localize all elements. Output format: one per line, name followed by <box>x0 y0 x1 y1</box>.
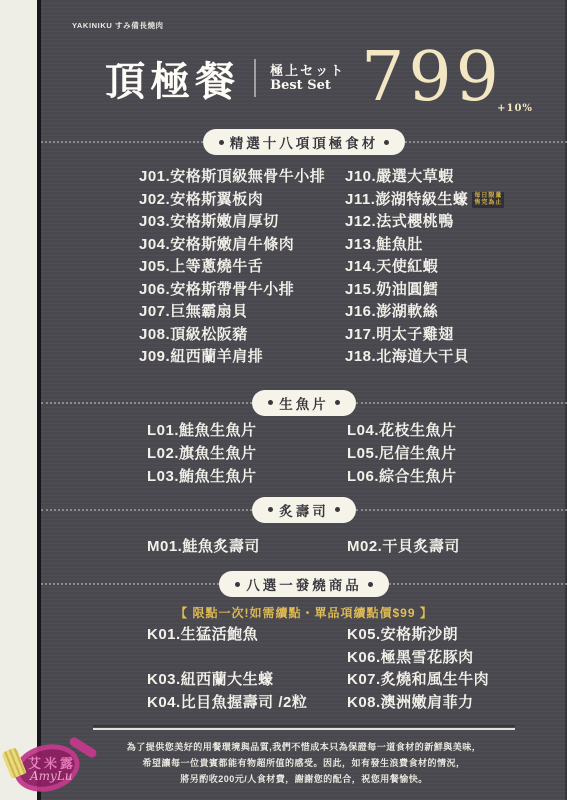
section-header-sushi: 炙壽司 <box>41 498 567 522</box>
sushi-item-list: M01.鮭魚炙壽司 M02.干貝炙壽司 <box>41 536 567 559</box>
badge-line2: 售完為止 <box>474 200 502 207</box>
menu-item: J08.頂級松阪豬 <box>139 324 345 347</box>
menu-item: K08.澳洲嫩肩菲力 <box>347 692 567 715</box>
footer-notice: 為了提供您美好的用餐環境與品質,我們不惜成本只為保證每一道食材的新鮮與美味， 希… <box>41 739 567 787</box>
pill-dot-icon <box>268 400 273 405</box>
daily-limit-badge: 每日限量售完為止 <box>472 192 504 208</box>
menu-item: K07.炙燒和風生牛肉 <box>347 669 567 692</box>
dotted-rule <box>356 402 567 404</box>
menu-item: L02.旗魚生魚片 <box>147 442 347 465</box>
section-header-premium: 精選十八項頂極食材 <box>41 130 567 154</box>
pill-dot-icon <box>268 507 273 512</box>
footer-separator <box>93 728 515 730</box>
menu-item: L04.花枝生魚片 <box>347 419 567 442</box>
menu-card: YAKINIKU すみ備長燒肉 頂極餐 極上セット Best Set 799 +… <box>37 0 567 800</box>
menu-item: J10.嚴選大草蝦 <box>345 166 567 189</box>
pill-dot-icon <box>368 582 373 587</box>
section-pill: 生魚片 <box>252 390 356 416</box>
set-subtitle-jp: 極上セット <box>270 63 345 78</box>
footer-line: 為了提供您美好的用餐環境與品質,我們不惜成本只為保證每一道食材的新鮮與美味， <box>41 739 567 755</box>
menu-item: J12.法式櫻桃鴨 <box>345 211 567 234</box>
menu-item: K06.極黑雪花豚肉 <box>347 647 567 670</box>
menu-item: J16.澎湖軟絲 <box>345 301 567 324</box>
menu-item: M01.鮭魚炙壽司 <box>147 536 347 559</box>
menu-item: J09.紐西蘭羊肩排 <box>139 346 345 369</box>
pill-dot-icon <box>219 140 224 145</box>
menu-page: YAKINIKU すみ備長燒肉 頂極餐 極上セット Best Set 799 +… <box>0 0 567 800</box>
menu-item: M02.干貝炙壽司 <box>347 536 567 559</box>
set-title-block: 頂極餐 極上セット Best Set 799 +10% <box>41 42 567 114</box>
menu-item: J17.明太子雞翅 <box>345 324 567 347</box>
spatula-icon <box>1 747 26 779</box>
hot-left-column: K01.生猛活鮑魚 K03.紐西蘭大生蠔 K04.比目魚握壽司 /2粒 <box>147 624 347 714</box>
badge-line1: 每日限量 <box>474 193 502 200</box>
menu-item: K04.比目魚握壽司 /2粒 <box>147 692 347 715</box>
pill-dot-icon <box>235 582 240 587</box>
watermark-text-en: AmyLu <box>30 769 73 783</box>
set-price-block: 799 +10% <box>361 46 503 110</box>
menu-item: J15.奶油圓鱈 <box>345 279 567 302</box>
menu-item: J05.上等蔥燒牛舌 <box>139 256 345 279</box>
menu-item-label: J11.澎湖特級生蠔 <box>345 191 468 208</box>
menu-item: J11.澎湖特級生蠔每日限量售完為止 <box>345 189 567 212</box>
section-pill: 炙壽司 <box>252 497 356 523</box>
premium-left-column: J01.安格斯頂級無骨牛小排 J02.安格斯翼板肉 J03.安格斯嫩肩厚切 J0… <box>139 166 345 369</box>
pill-dot-icon <box>335 400 340 405</box>
menu-item: J14.天使紅蝦 <box>345 256 567 279</box>
menu-item: L06.綜合生魚片 <box>347 465 567 488</box>
section-heading: 精選十八項頂極食材 <box>230 132 379 152</box>
menu-item: J03.安格斯嫩肩厚切 <box>139 211 345 234</box>
set-title: 頂極餐 <box>105 50 240 107</box>
menu-item: K01.生猛活鮑魚 <box>147 624 347 647</box>
sashimi-right-column: L04.花枝生魚片 L05.尼信生魚片 L06.綜合生魚片 <box>347 419 567 488</box>
section-heading: 炙壽司 <box>279 500 329 520</box>
menu-item: L03.鮪魚生魚片 <box>147 465 347 488</box>
dotted-rule <box>41 141 203 143</box>
hot-right-column: K05.安格斯沙朗 K06.極黑雪花豚肉 K07.炙燒和風生牛肉 K08.澳洲嫩… <box>347 624 567 714</box>
menu-item: J13.鮭魚肚 <box>345 234 567 257</box>
footer-line: 希望讓每一位貴賓都能有物超所值的感受。因此，如有發生浪費食材的情況， <box>41 755 567 771</box>
reorder-note: 【 限點一次!如需續點・單品項續點價$99 】 <box>41 604 567 618</box>
menu-item: K03.紐西蘭大生蠔 <box>147 669 347 692</box>
dotted-rule <box>41 402 252 404</box>
sashimi-left-column: L01.鮭魚生魚片 L02.旗魚生魚片 L03.鮪魚生魚片 <box>147 419 347 488</box>
set-subtitle: 極上セット Best Set <box>270 63 345 93</box>
dotted-rule <box>389 583 567 585</box>
section-header-sashimi: 生魚片 <box>41 391 567 415</box>
sashimi-item-list: L01.鮭魚生魚片 L02.旗魚生魚片 L03.鮪魚生魚片 L04.花枝生魚片 … <box>41 419 567 488</box>
menu-item: J18.北海道大干貝 <box>345 346 567 369</box>
brand-logo: YAKINIKU すみ備長燒肉 <box>72 20 567 30</box>
hot-item-list: K01.生猛活鮑魚 K03.紐西蘭大生蠔 K04.比目魚握壽司 /2粒 K05.… <box>41 624 567 714</box>
section-heading: 生魚片 <box>279 393 329 413</box>
menu-item: L01.鮭魚生魚片 <box>147 419 347 442</box>
section-pill: 八選一發燒商品 <box>219 571 389 597</box>
premium-right-column: J10.嚴選大草蝦 J11.澎湖特級生蠔每日限量售完為止 J12.法式櫻桃鴨 J… <box>345 166 567 369</box>
menu-item: J07.巨無霸扇貝 <box>139 301 345 324</box>
menu-item: J06.安格斯帶骨牛小排 <box>139 279 345 302</box>
blogger-watermark: 艾米露 AmyLu <box>0 735 100 797</box>
menu-item: K05.安格斯沙朗 <box>347 624 567 647</box>
menu-item: J01.安格斯頂級無骨牛小排 <box>139 166 345 189</box>
menu-item: J04.安格斯嫩肩牛條肉 <box>139 234 345 257</box>
dotted-rule <box>405 141 567 143</box>
dotted-rule <box>356 509 567 511</box>
pill-dot-icon <box>335 507 340 512</box>
sushi-right-column: M02.干貝炙壽司 <box>347 536 567 559</box>
dotted-rule <box>41 583 219 585</box>
footer-line: 將另酌收200元/人食材費，謝謝您的配合，祝您用餐愉快。 <box>41 771 567 787</box>
title-divider <box>254 59 256 97</box>
set-subtitle-en: Best Set <box>270 78 345 93</box>
section-heading: 八選一發燒商品 <box>246 574 362 594</box>
dotted-rule <box>41 509 252 511</box>
premium-item-list: J01.安格斯頂級無骨牛小排 J02.安格斯翼板肉 J03.安格斯嫩肩厚切 J0… <box>41 166 567 369</box>
menu-item: L05.尼信生魚片 <box>347 442 567 465</box>
pill-dot-icon <box>384 140 389 145</box>
set-price: 799 <box>361 38 503 117</box>
price-surcharge: +10% <box>497 103 533 114</box>
section-pill: 精選十八項頂極食材 <box>203 129 406 155</box>
sushi-left-column: M01.鮭魚炙壽司 <box>147 536 347 559</box>
menu-item: J02.安格斯翼板肉 <box>139 189 345 212</box>
section-header-hot: 八選一發燒商品 <box>41 572 567 596</box>
menu-item-empty <box>147 647 347 670</box>
